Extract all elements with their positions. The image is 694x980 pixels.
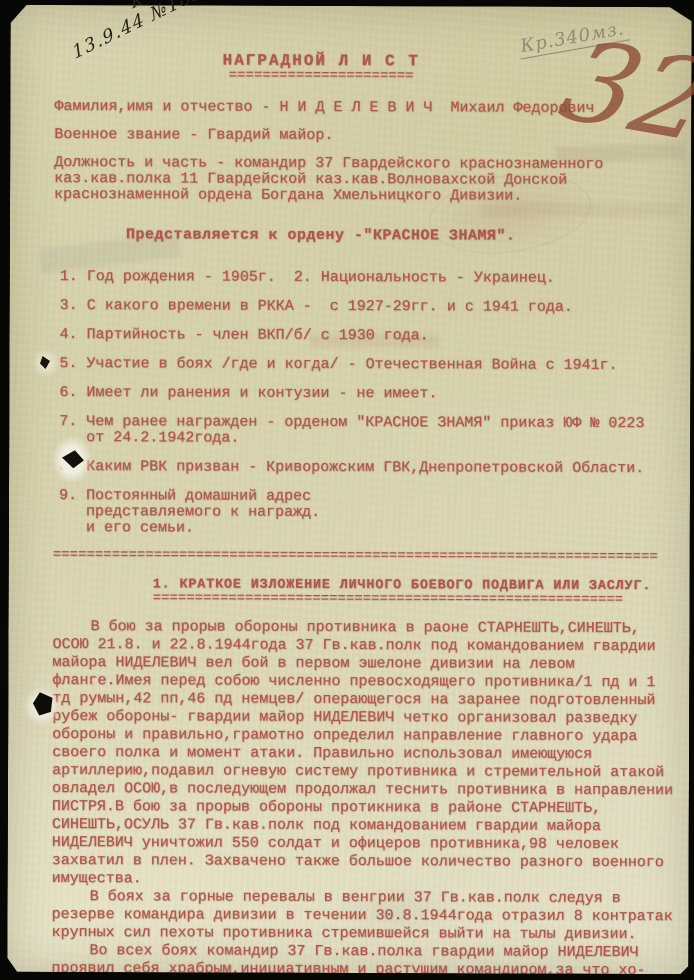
item-wounds: 6. Имеет ли ранения и контузии - не имее…: [59, 385, 676, 403]
item-previous-awards: 7. Чем ранее награжден - орденом "КРАСНО…: [59, 414, 676, 448]
title-block: НАГРАДНОЙ Л И С Т ======================: [222, 52, 419, 83]
document-title: НАГРАДНОЙ Л И С Т: [222, 52, 419, 71]
item-drafted-by: 8. Каким РВК призван - Криворожским ГВК,…: [59, 459, 676, 477]
numbered-items: 1. Год рождения - 1905г. 2. Национальнос…: [59, 269, 677, 538]
item-service-since: 3. С какого времени в РККА - с 1927-29гг…: [60, 298, 677, 316]
field-position-unit: Должность и часть - командир 37 Гвардейс…: [54, 155, 677, 205]
section-heading-underline: ========================================…: [153, 592, 623, 606]
paper-sheet: НАГРАДНОЙ Л И С Т ======================…: [7, 5, 691, 974]
citation-paragraph: Во всех боях командир 37 Гв.кав.полка гв…: [51, 942, 674, 980]
item-home-address: 9. Постоянный домашний адрес представляе…: [59, 488, 676, 538]
section-divider: ========================================…: [53, 549, 676, 563]
citation-paragraph: В боях за горные перевалы в венгрии 37 Г…: [51, 888, 674, 944]
item-combat-participation: 5. Участие в боях /где и когда/ - Отечес…: [59, 356, 676, 374]
scanned-award-document: НАГРАДНОЙ Л И С Т ======================…: [0, 0, 694, 980]
typed-content: НАГРАДНОЙ Л И С Т ======================…: [51, 5, 677, 980]
title-underline: ======================: [222, 70, 419, 83]
citation-paragraph: В бою за прорыв обороны противника в рао…: [52, 618, 676, 890]
item-party: 4. Партийность - член ВКП/б/ с 1930 года…: [60, 327, 677, 345]
citation-text: В бою за прорыв обороны противника в рао…: [51, 618, 675, 980]
order-nomination-line: Представляется к ордену -"КРАСНОЕ ЗНАМЯ"…: [126, 227, 677, 245]
item-birth-nationality: 1. Год рождения - 1905г. 2. Национальнос…: [60, 269, 677, 287]
